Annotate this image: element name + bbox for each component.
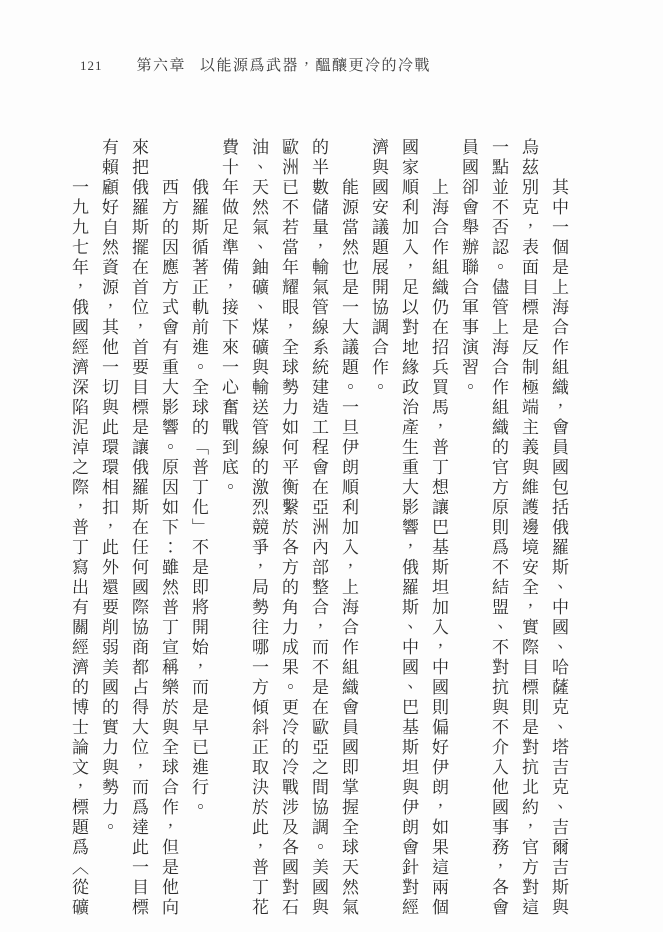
- book-page: 121 第六章 以能源爲武器，醞釀更冷的冷戰 其中一個是上海合作組織，會員國包括…: [0, 0, 663, 932]
- paragraph: 能源當然也是一大議題。一旦伊朗順利加入，上海合作組織會員國即掌握全球天然氣的半數…: [213, 138, 363, 918]
- page-number: 121: [80, 58, 103, 74]
- paragraph: 一九九七年，俄國經濟深陷泥淖之際，普丁寫出有關經濟的博士論文，標題爲〈從礦: [63, 138, 93, 918]
- paragraph: 上海合作組織仍在招兵買馬，普丁想讓巴基斯坦加入，中國則偏好伊朗，如果這兩個國家順…: [363, 138, 453, 918]
- paragraph: 俄羅斯循著正軌前進。全球的「普丁化」不是即將開始，而是早已進行。: [183, 138, 213, 918]
- paragraph: 西方的因應方式會有重大影響。原因如下：雖然普丁宣稱樂於與全球合作，但是他向來把俄…: [93, 138, 183, 918]
- paragraph: 其中一個是上海合作組織，會員國包括俄羅斯、中國、哈薩克、塔吉克、吉爾吉斯與烏茲別…: [453, 138, 573, 918]
- running-head: 121 第六章 以能源爲武器，醞釀更冷的冷戰: [80, 54, 431, 75]
- chapter-label: 第六章: [137, 54, 187, 75]
- chapter-title: 以能源爲武器，醞釀更冷的冷戰: [200, 54, 431, 75]
- body-text: 其中一個是上海合作組織，會員國包括俄羅斯、中國、哈薩克、塔吉克、吉爾吉斯與烏茲別…: [63, 138, 573, 918]
